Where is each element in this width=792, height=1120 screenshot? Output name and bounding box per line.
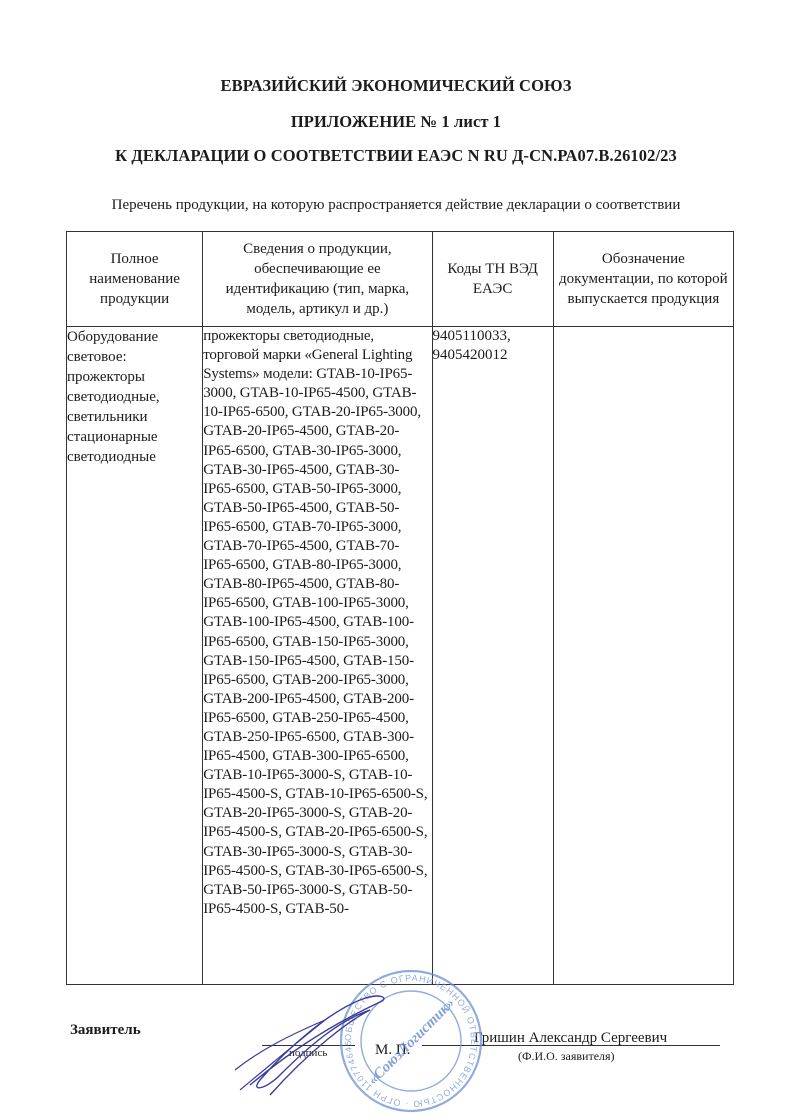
- intro-text: Перечень продукции, на которую распростр…: [0, 197, 792, 214]
- column-header-name: Полное наименование продукции: [67, 232, 203, 327]
- documentation-cell: [553, 327, 733, 985]
- declaration-title: К ДЕКЛАРАЦИИ О СООТВЕТСТВИИ ЕАЭС N RU Д-…: [0, 146, 792, 166]
- applicant-name: Гришин Александр Сергеевич: [474, 1030, 667, 1047]
- annex-title: ПРИЛОЖЕНИЕ № 1 лист 1: [0, 112, 792, 132]
- table-row: Оборудование световое: прожекторы светод…: [67, 327, 734, 985]
- product-info-cell: прожекторы светодиодные, торговой марки …: [203, 327, 432, 985]
- tn-ved-codes-cell: 9405110033, 9405420012: [432, 327, 553, 985]
- union-title: ЕВРАЗИЙСКИЙ ЭКОНОМИЧЕСКИЙ СОЮЗ: [0, 76, 792, 96]
- name-caption: (Ф.И.О. заявителя): [518, 1049, 615, 1064]
- signature-icon: [230, 990, 390, 1100]
- products-table: Полное наименование продукции Сведения о…: [66, 231, 734, 985]
- column-header-documentation: Обозначение документации, по которой вып…: [553, 232, 733, 327]
- table-header-row: Полное наименование продукции Сведения о…: [67, 232, 734, 327]
- product-name-cell: Оборудование световое: прожекторы светод…: [67, 327, 203, 985]
- column-header-info: Сведения о продукции, обеспечивающие ее …: [203, 232, 432, 327]
- column-header-codes: Коды ТН ВЭД ЕАЭС: [432, 232, 553, 327]
- applicant-label: Заявитель: [70, 1022, 141, 1039]
